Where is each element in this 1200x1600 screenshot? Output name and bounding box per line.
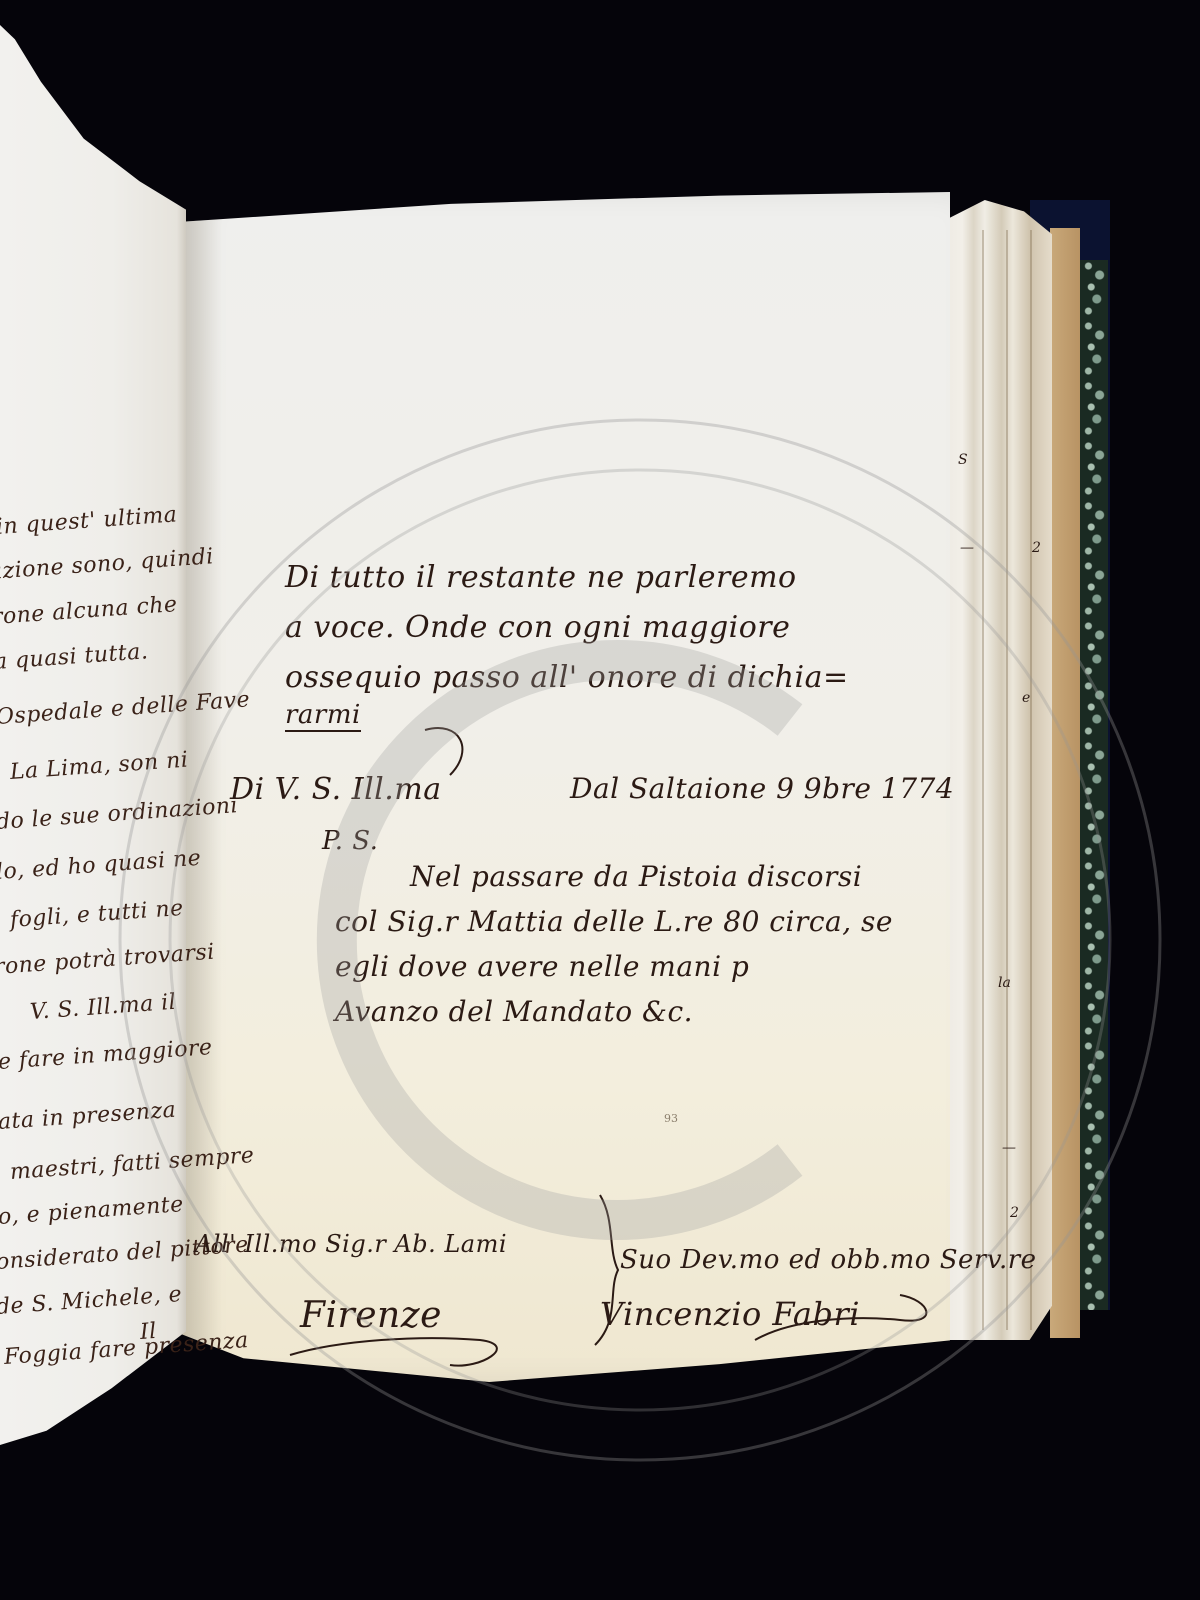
margin-fragment: —: [1002, 1140, 1016, 1156]
signature-line: Suo Dev.mo ed obb.mo Serv.re: [620, 1245, 1037, 1275]
body-line: Di tutto il restante ne parleremo: [285, 560, 797, 595]
folio-mark: 93: [664, 1112, 678, 1125]
book-board: [1050, 228, 1080, 1338]
left-text-line: Il: [139, 1319, 157, 1345]
body-line: a voce. Onde con ogni maggiore: [285, 610, 790, 645]
postscript-line: Nel passare da Pistoia discorsi: [410, 860, 862, 893]
postscript-line: egli dove avere nelle mani p: [335, 950, 749, 983]
postscript-line: Avanzo del Mandato &c.: [335, 995, 693, 1028]
margin-fragment: S: [958, 452, 968, 468]
postscript-label: P. S.: [322, 826, 378, 856]
address-city: Firenze: [300, 1295, 442, 1336]
page-edge: [1030, 230, 1032, 1330]
manuscript-photo: S — 2 e la — 2 in quest' ultima uzione s…: [0, 0, 1200, 1600]
postscript-line: col Sig.r Mattia delle L.re 80 circa, se: [335, 905, 893, 938]
signature-name: Vincenzio Fabri: [600, 1295, 860, 1333]
salutation: Di V. S. Ill.ma: [230, 772, 442, 807]
margin-fragment: la: [998, 975, 1011, 991]
marbled-endpaper: [1080, 260, 1108, 1310]
margin-fragment: e: [1022, 690, 1030, 706]
page-stack: [940, 200, 1052, 1340]
address-line: All' Ill.mo Sig.r Ab. Lami: [195, 1230, 507, 1258]
place-date: Dal Saltaione 9 9bre 1774: [570, 772, 954, 805]
body-line: ossequio passo all' onore di dichia=: [285, 660, 849, 695]
left-page: [0, 25, 186, 1445]
margin-fragment: 2: [1032, 540, 1041, 556]
body-line: rarmi: [285, 700, 361, 732]
page-edge: [1006, 230, 1008, 1330]
margin-fragment: 2: [1010, 1205, 1019, 1221]
page-edge: [982, 230, 984, 1330]
margin-fragment: —: [960, 540, 974, 556]
